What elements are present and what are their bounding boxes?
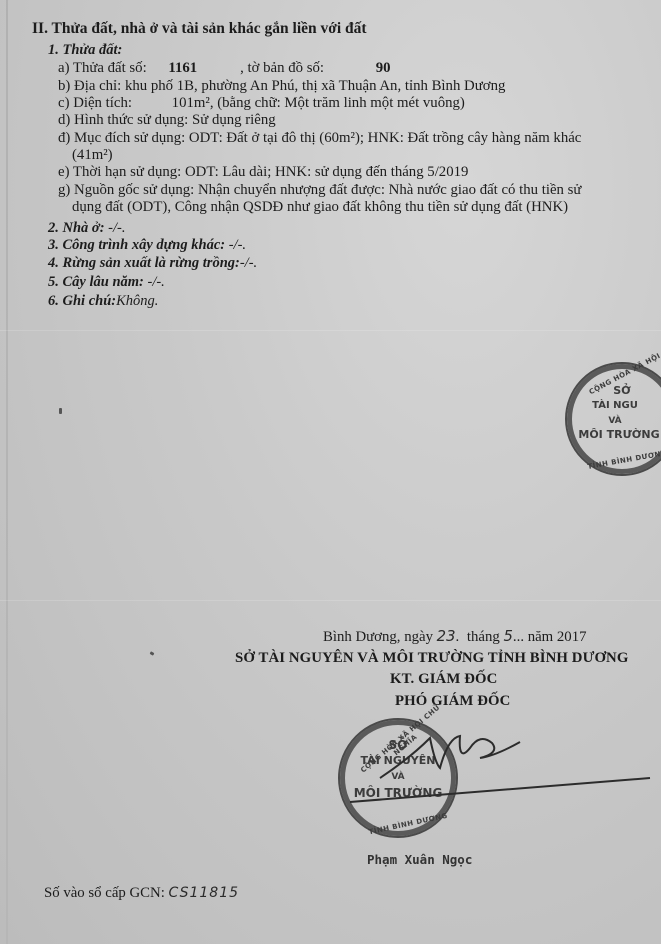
issuing-organization: SỞ TÀI NGUYÊN VÀ MÔI TRƯỜNG TỈNH BÌNH DƯ… bbox=[235, 650, 628, 667]
registry-label: Số vào sổ cấp GCN: bbox=[44, 885, 165, 901]
date-day: 23 bbox=[437, 628, 456, 645]
map-sheet-number: 90 bbox=[376, 60, 391, 77]
place-date: Bình Dương, ngày 23. tháng 5... năm 2017 bbox=[323, 628, 587, 646]
paper-crease bbox=[0, 330, 661, 331]
item-value: Không. bbox=[116, 293, 158, 309]
item-value: -/-. bbox=[105, 220, 126, 236]
item-label: 6. Ghi chú: bbox=[48, 293, 116, 309]
place-date-prefix: Bình Dương, ngày bbox=[323, 629, 433, 645]
signer-name: Phạm Xuân Ngọc bbox=[367, 852, 472, 867]
page-edge-line bbox=[6, 0, 8, 944]
year-label: năm 2017 bbox=[528, 629, 587, 645]
subsection-title: 1. Thửa đất: bbox=[48, 42, 122, 59]
on-behalf-title: KT. GIÁM ĐỐC bbox=[390, 671, 497, 688]
item-value: -/-. bbox=[240, 255, 257, 271]
month-label: tháng bbox=[467, 629, 500, 645]
stamp-ring-text: TỈNH BÌNH DƯƠNG bbox=[368, 812, 448, 837]
address-row: b) Địa chỉ: khu phố 1B, phường An Phú, t… bbox=[58, 78, 505, 95]
official-stamp-partial: CỘNG HÒA XÃ HỘI TỈNH BÌNH DƯƠNG SỞ TÀI N… bbox=[565, 362, 661, 476]
map-sheet-label: , tờ bản đồ số: bbox=[240, 60, 324, 76]
ink-speck bbox=[150, 651, 155, 656]
item-label: 4. Rừng sản xuất là rừng trồng: bbox=[48, 255, 240, 271]
area-row: c) Diện tích: 101m², (bằng chữ: Một trăm… bbox=[58, 95, 465, 112]
registry-row: Số vào sổ cấp GCN: CS11815 bbox=[44, 885, 239, 902]
area-value: 101m², (bằng chữ: Một trăm linh một mét … bbox=[172, 95, 465, 112]
stamp-text: MÔI TRƯỜNG bbox=[561, 428, 661, 441]
area-label: c) Diện tích: bbox=[58, 95, 132, 111]
origin-row-cont: dụng đất (ODT), Công nhận QSDĐ như giao … bbox=[72, 199, 568, 216]
position-title: PHÓ GIÁM ĐỐC bbox=[395, 693, 510, 710]
usage-form-row: d) Hình thức sử dụng: Sử dụng riêng bbox=[58, 112, 276, 129]
item-perennial-trees: 5. Cây lâu năm: -/-. bbox=[48, 274, 165, 291]
section-title: II. Thửa đất, nhà ở và tài sản khác gắn … bbox=[32, 20, 367, 38]
item-other-construction: 3. Công trình xây dựng khác: -/-. bbox=[48, 237, 246, 254]
origin-row: g) Nguồn gốc sử dụng: Nhận chuyển nhượng… bbox=[58, 182, 581, 199]
parcel-label: a) Thửa đất số: bbox=[58, 60, 147, 76]
item-production-forest: 4. Rừng sản xuất là rừng trồng:-/-. bbox=[48, 255, 257, 272]
parcel-number: 1161 bbox=[168, 60, 236, 77]
item-label: 2. Nhà ở: bbox=[48, 220, 105, 236]
item-value: -/-. bbox=[144, 274, 165, 290]
usage-term-row: e) Thời hạn sử dụng: ODT: Lâu dài; HNK: … bbox=[58, 164, 468, 181]
item-label: 5. Cây lâu năm: bbox=[48, 274, 144, 290]
item-house: 2. Nhà ở: -/-. bbox=[48, 220, 125, 237]
land-certificate-page: II. Thửa đất, nhà ở và tài sản khác gắn … bbox=[0, 0, 661, 944]
handwritten-signature bbox=[320, 718, 660, 808]
usage-purpose-row-cont: (41m²) bbox=[72, 147, 113, 164]
usage-purpose-row: đ) Mục đích sử dụng: ODT: Đất ở tại đô t… bbox=[58, 130, 581, 147]
date-month: 5 bbox=[504, 628, 513, 645]
stamp-text: SỞ bbox=[567, 384, 661, 397]
paper-crease bbox=[0, 600, 661, 601]
item-notes: 6. Ghi chú:Không. bbox=[48, 293, 158, 310]
item-label: 3. Công trình xây dựng khác: bbox=[48, 237, 225, 253]
ink-speck bbox=[59, 408, 62, 414]
registry-number: CS11815 bbox=[169, 885, 239, 901]
stamp-text: TÀI NGU bbox=[553, 400, 661, 411]
item-value: -/-. bbox=[225, 237, 246, 253]
stamp-text: VÀ bbox=[553, 416, 661, 426]
parcel-number-row: a) Thửa đất số: 1161 , tờ bản đồ số: 90 bbox=[58, 60, 390, 77]
stamp-ring-text: TỈNH BÌNH DƯƠNG bbox=[587, 449, 661, 471]
